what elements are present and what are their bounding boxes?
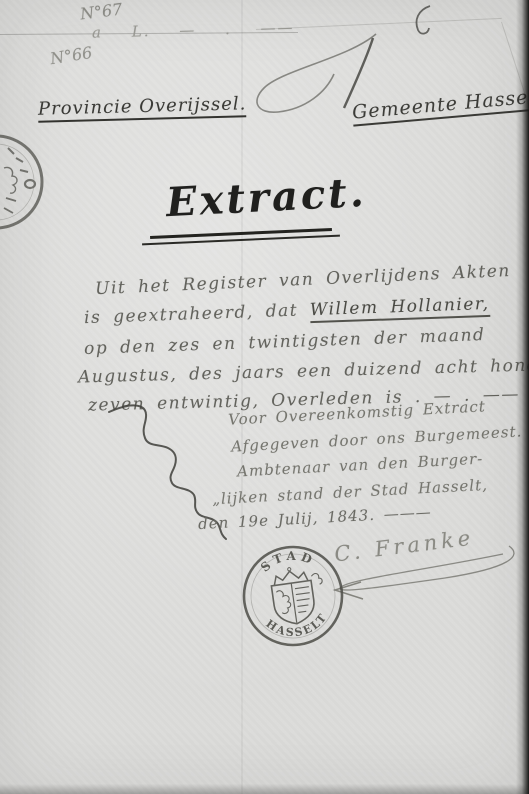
body-line-4: Augustus, des jaars een duizend acht hon… [78,355,529,388]
document-title: Extract. [165,169,368,226]
scanned-document-page: N°67 a L. — . —— N°66 Provincie Overijss… [0,0,529,794]
province-header: Provincie Overijssel. [38,93,247,122]
stamp-text-bottom: HASSELT [262,609,332,643]
body-line-2-prefix: is geextraheerd, dat [84,300,310,328]
left-edge-partial-stamp [0,128,50,236]
scan-right-edge-shadow [516,0,529,794]
body-line-1: Uit het Register van Overlijdens Akten [95,261,511,299]
svg-text:HASSELT: HASSELT [262,609,332,643]
scan-bottom-edge-shadow [0,784,529,794]
small-top-flourish [408,2,438,36]
body-line-3: op den zes en twintigsten der maand [84,325,486,359]
deceased-name: Willem Hollanier, [310,294,490,323]
registry-number-bottom: N°66 [49,43,94,68]
body-line-2: is geextraheerd, dat Willem Hollanier, [84,294,490,328]
stad-hasselt-stamp: STAD HASSELT [233,536,353,656]
closing-line-3: Ambtenaar van den Burger- [237,450,484,481]
registry-number-top: N°67 [79,0,123,24]
